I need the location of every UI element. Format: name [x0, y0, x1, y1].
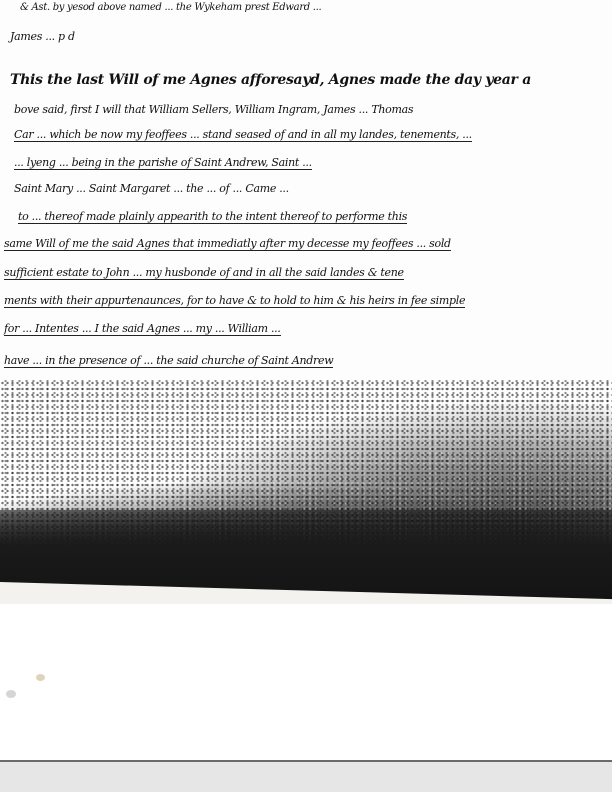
manuscript-line-6: ... lyeng ... being in the parishe of Sa… [14, 156, 312, 170]
manuscript-line-9: same Will of me the said Agnes that imme… [4, 237, 451, 251]
manuscript-line-7: Saint Mary ... Saint Margaret ... the ..… [14, 182, 289, 195]
background-sheet [0, 604, 612, 764]
manuscript-line-5: Car ... which be now my feoffees ... sta… [14, 128, 472, 142]
manuscript-page: & Ast. by yesod above named ... the Wyke… [0, 0, 612, 600]
manuscript-heading-line: This the last Will of me Agnes afforesay… [10, 72, 531, 88]
paper-stain [6, 690, 16, 698]
manuscript-line-10: sufficient estate to John ... my husbond… [4, 266, 404, 280]
manuscript-line-8: to ... thereof made plainly appearith to… [18, 210, 407, 224]
manuscript-line-2: James ... p d [10, 30, 75, 43]
manuscript-line-1: & Ast. by yesod above named ... the Wyke… [20, 2, 321, 13]
manuscript-line-4: bove said, first I will that William Sel… [14, 103, 413, 116]
scanner-bottom-edge [0, 760, 612, 792]
paper-stain [36, 674, 45, 681]
